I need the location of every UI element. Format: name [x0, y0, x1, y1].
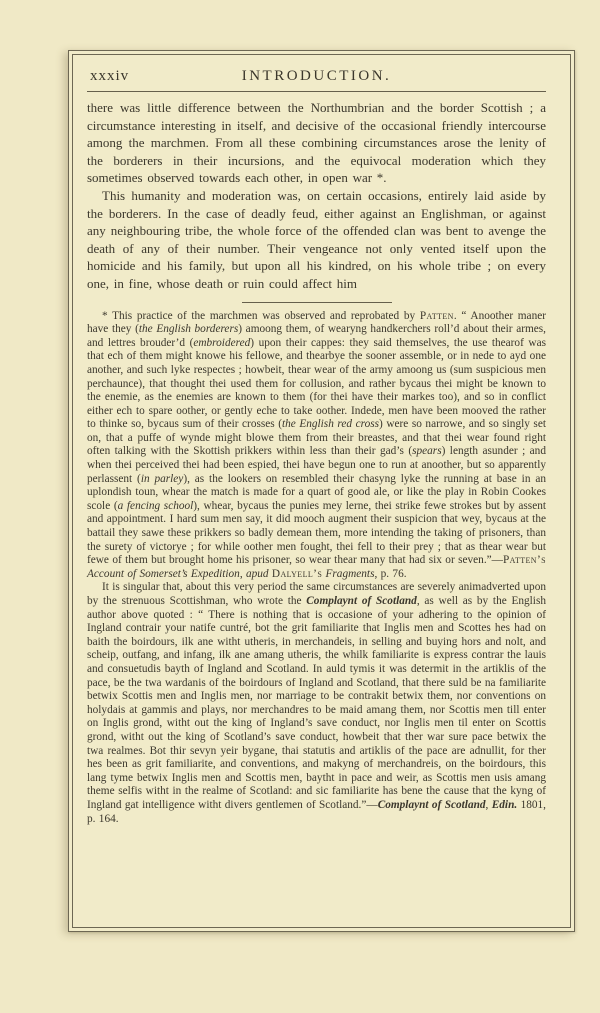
text-run: there was little difference between the …: [87, 100, 546, 185]
page-frame: xxxiv INTRODUCTION. there was little dif…: [72, 54, 571, 928]
book-page: xxxiv INTRODUCTION. there was little dif…: [68, 50, 575, 932]
text-run: the English borderers: [139, 323, 238, 335]
running-header: xxxiv INTRODUCTION.: [87, 61, 546, 92]
paragraph: there was little difference between the …: [87, 99, 546, 187]
text-run: Complaynt of Scotland: [306, 595, 417, 607]
text-run: embroidered: [193, 337, 250, 349]
paragraph: This humanity and moderation was, on cer…: [87, 187, 546, 293]
text-run: apud: [246, 568, 269, 580]
text-run: ) upon their cappes: they said themselve…: [87, 337, 546, 431]
text-run: in parley: [141, 473, 184, 485]
text-run: , p. 76.: [374, 568, 406, 580]
text-run: spears: [412, 445, 442, 457]
text-run: Fragments: [322, 568, 374, 580]
footnote-divider: [242, 302, 392, 303]
text-run: Complaynt of Scotland: [378, 799, 486, 811]
text-run: Edin.: [492, 799, 517, 811]
text-run: the English red cross: [282, 418, 379, 430]
text-run: Dalyell’s: [272, 568, 322, 580]
text-run: * This practice of the marchmen was obse…: [102, 310, 420, 322]
text-run: , as well as by the English author above…: [87, 595, 546, 811]
text-run: a fencing school: [118, 500, 194, 512]
text-run: This humanity and moderation was, on cer…: [87, 188, 546, 291]
text-run: Patten’s: [503, 554, 546, 566]
paragraph: It is singular that, about this very per…: [87, 581, 546, 826]
text-run: Patten: [420, 310, 454, 322]
running-title: INTRODUCTION.: [87, 68, 546, 85]
paragraph: * This practice of the marchmen was obse…: [87, 310, 546, 582]
text-run: Account of Somerset’s Expedition: [87, 568, 240, 580]
main-text: there was little difference between the …: [87, 99, 546, 293]
footnote-text: * This practice of the marchmen was obse…: [87, 310, 546, 827]
